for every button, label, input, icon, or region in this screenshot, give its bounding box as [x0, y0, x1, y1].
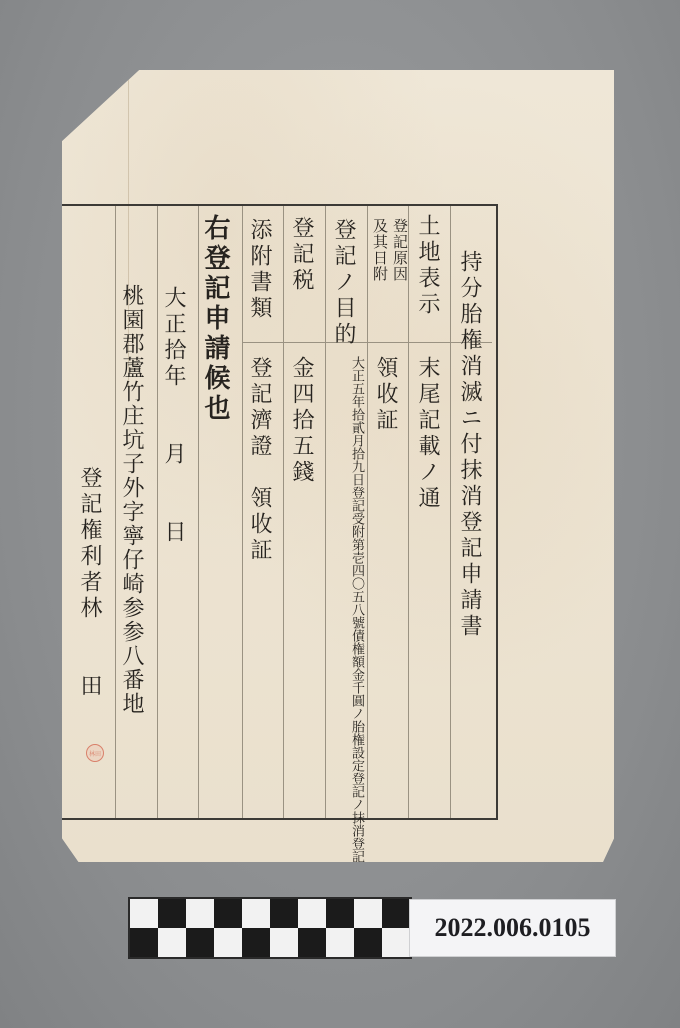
- applicant-line: 登記権利者林 田: [78, 466, 100, 700]
- ruling-line: [367, 206, 368, 818]
- color-scale-bar: [128, 897, 412, 959]
- purpose-label: 登記ノ目的: [332, 218, 354, 348]
- attachments-label: 添附書類: [248, 218, 270, 322]
- document-paper: 持分胎権消滅ニ付抹消登記申請書 土地表示 末尾記載ノ通 登記原因 及其日附 領收…: [62, 70, 614, 862]
- ruling-line: [115, 206, 116, 818]
- catalog-number-label: 2022.006.0105: [409, 899, 616, 957]
- ruling-line: [325, 206, 326, 818]
- red-seal-stamp: 林田: [86, 744, 104, 762]
- purpose-value: 大正五年拾貳月拾九日登記受附第壱四〇五八號債権額金千圓ノ胎権設定登記ノ抹消登記: [350, 356, 363, 863]
- address-line: 桃園郡蘆竹庄坑子外字寧仔崎参参八番地: [120, 284, 142, 716]
- attachments-value: 登記濟證 領收証: [248, 356, 270, 564]
- ruling-line: [283, 206, 284, 818]
- closing-statement: 右登記申請候也: [202, 214, 228, 424]
- ruling-line: [157, 206, 158, 818]
- ruling-horizontal: [242, 342, 492, 343]
- ruling-line: [450, 206, 451, 818]
- ruling-line: [242, 206, 243, 818]
- ruling-line: [408, 206, 409, 818]
- land-value: 末尾記載ノ通: [416, 356, 438, 512]
- ruled-frame: 持分胎権消滅ニ付抹消登記申請書 土地表示 末尾記載ノ通 登記原因 及其日附 領收…: [62, 204, 498, 820]
- cause-value: 領收証: [374, 356, 396, 434]
- tax-value: 金四拾五錢: [290, 356, 312, 486]
- land-label: 土地表示: [416, 214, 438, 318]
- tax-label: 登記税: [290, 216, 312, 294]
- cause-label-2: 及其日附: [372, 218, 387, 282]
- title-column: 持分胎権消滅ニ付抹消登記申請書: [458, 250, 480, 640]
- cause-label: 登記原因: [392, 218, 407, 282]
- ruling-line: [198, 206, 199, 818]
- date-line: 大正拾年 月 日: [162, 286, 184, 546]
